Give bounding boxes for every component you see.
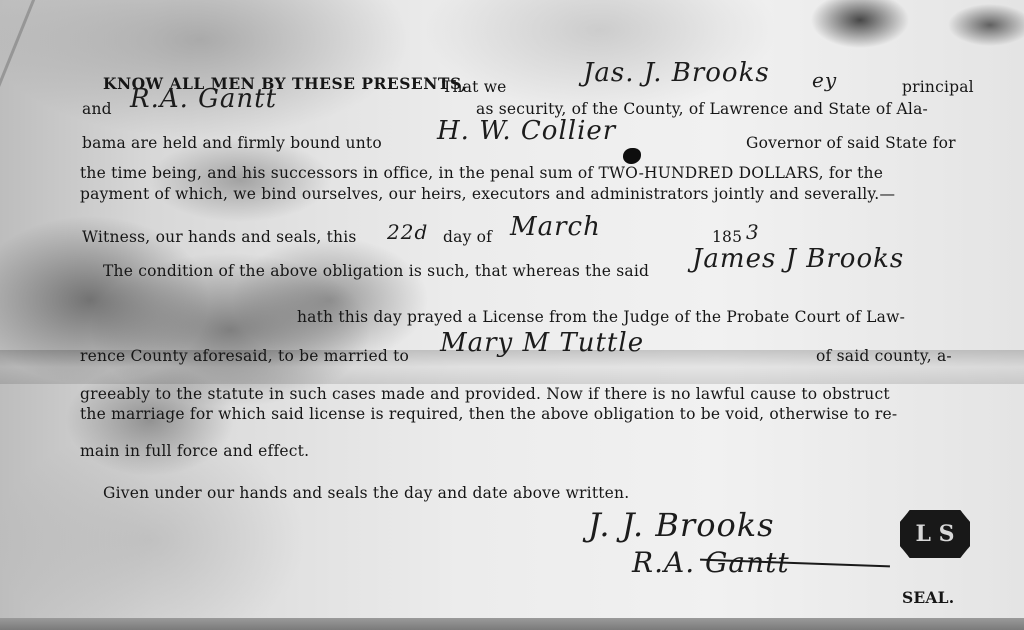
text-married-to: rence County aforesaid, to be married to (80, 347, 409, 365)
text-of-said-county: of said county, a- (816, 347, 952, 365)
text-condition: The condition of the above obligation is… (103, 262, 649, 280)
seal-stamp: L S (900, 510, 970, 558)
marriage-bond-document: KNOW ALL MEN BY THESE PRESENTS, That we … (0, 0, 1024, 630)
text-payment-clause: payment of which, we bind ourselves, our… (80, 185, 895, 203)
text-that-we: That we (442, 78, 507, 96)
ink-blot (623, 148, 641, 164)
handwritten-day: 22d (387, 220, 428, 244)
text-full-force: main in full force and effect. (80, 442, 309, 460)
handwritten-principal: Jas. J. Brooks (583, 58, 770, 88)
handwritten-principal-suffix: ey (812, 68, 837, 92)
handwritten-bride: Mary M Tuttle (440, 328, 644, 358)
text-license-prayer: hath this day prayed a License from the … (297, 308, 905, 326)
handwritten-month: March (510, 212, 601, 242)
text-penal-sum: the time being, and his successors in of… (80, 164, 883, 182)
text-day-of: day of (443, 228, 492, 246)
seal-label: L S (915, 521, 954, 547)
handwritten-security: R.A. Gantt (130, 84, 277, 114)
signature-brooks: J. J. Brooks (588, 506, 775, 544)
handwritten-year-digit: 3 (746, 220, 760, 244)
text-governor-clause: Governor of said State for (746, 134, 956, 152)
text-obligation-void: the marriage for which said license is r… (80, 405, 897, 423)
scan-edge (0, 618, 1024, 630)
text-bound-unto: bama are held and firmly bound unto (82, 134, 382, 152)
text-and: and (82, 100, 112, 118)
handwritten-applicant: James J Brooks (692, 244, 904, 274)
text-principal: principal (902, 78, 974, 96)
handwritten-governor: H. W. Collier (437, 116, 616, 146)
seal-caption: SEAL. (902, 588, 954, 607)
text-statute: greeably to the statute in such cases ma… (80, 385, 890, 403)
text-witness: Witness, our hands and seals, this (82, 228, 357, 246)
text-given-under: Given under our hands and seals the day … (103, 484, 629, 502)
paper-crease (0, 0, 43, 222)
